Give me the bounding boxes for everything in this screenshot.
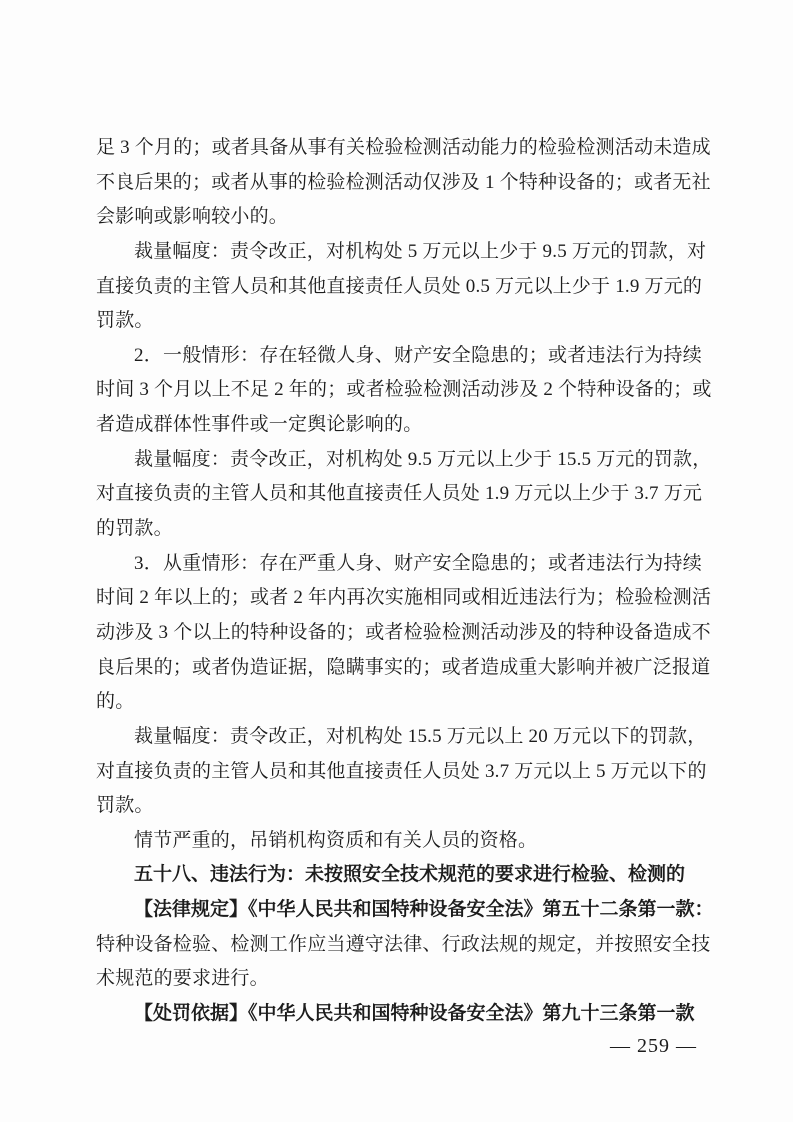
section-heading: 五十八、违法行为：未按照安全技术规范的要求进行检验、检测的 <box>96 858 702 893</box>
text-line: 3．从重情形：存在严重人身、财产安全隐患的；或者违法行为持续 <box>96 547 702 582</box>
text-line: 良后果的；或者伪造证据，隐瞒事实的；或者造成重大影响并被广泛报道 <box>96 651 702 686</box>
text-line: 2．一般情形：存在轻微人身、财产安全隐患的；或者违法行为持续 <box>96 339 702 374</box>
text-line: 动涉及 3 个以上的特种设备的；或者检验检测活动涉及的特种设备造成不 <box>96 616 702 651</box>
text-line: 足 3 个月的；或者具备从事有关检验检测活动能力的检验检测活动未造成 <box>96 131 702 166</box>
text-line: 对直接负责的主管人员和其他直接责任人员处 1.9 万元以上少于 3.7 万元 <box>96 477 702 512</box>
text-line: 裁量幅度：责令改正，对机构处 9.5 万元以上少于 15.5 万元的罚款， <box>96 443 702 478</box>
text-line: 的。 <box>96 685 702 720</box>
text-line: 罚款。 <box>96 304 702 339</box>
text-line: 特种设备检验、检测工作应当遵守法律、行政法规的规定，并按照安全技 <box>96 928 702 963</box>
text-block: 足 3 个月的；或者具备从事有关检验检测活动能力的检验检测活动未造成 不良后果的… <box>96 131 702 1032</box>
text-line: 不良后果的；或者从事的检验检测活动仅涉及 1 个特种设备的；或者无社 <box>96 166 702 201</box>
text-line: 术规范的要求进行。 <box>96 962 702 997</box>
text-line: 对直接负责的主管人员和其他直接责任人员处 3.7 万元以上 5 万元以下的 <box>96 755 702 790</box>
text-line: 的罚款。 <box>96 512 702 547</box>
text-line: 直接负责的主管人员和其他直接责任人员处 0.5 万元以上少于 1.9 万元的 <box>96 270 702 305</box>
document-page: 足 3 个月的；或者具备从事有关检验检测活动能力的检验检测活动未造成 不良后果的… <box>0 0 793 1122</box>
text-line: 裁量幅度：责令改正，对机构处 5 万元以上少于 9.5 万元的罚款，对 <box>96 235 702 270</box>
text-line: 时间 3 个月以上不足 2 年的；或者检验检测活动涉及 2 个特种设备的；或 <box>96 373 702 408</box>
penalty-basis-heading: 【处罚依据】《中华人民共和国特种设备安全法》第九十三条第一款 <box>96 997 702 1032</box>
page-number: — 259 — <box>610 1031 697 1061</box>
text-line: 情节严重的，吊销机构资质和有关人员的资格。 <box>96 824 702 859</box>
text-line: 时间 2 年以上的；或者 2 年内再次实施相同或相近违法行为；检验检测活 <box>96 581 702 616</box>
text-line: 会影响或影响较小的。 <box>96 200 702 235</box>
text-line: 罚款。 <box>96 789 702 824</box>
legal-basis-heading: 【法律规定】《中华人民共和国特种设备安全法》第五十二条第一款： <box>96 893 702 928</box>
text-line: 裁量幅度：责令改正，对机构处 15.5 万元以上 20 万元以下的罚款， <box>96 720 702 755</box>
text-line: 者造成群体性事件或一定舆论影响的。 <box>96 408 702 443</box>
